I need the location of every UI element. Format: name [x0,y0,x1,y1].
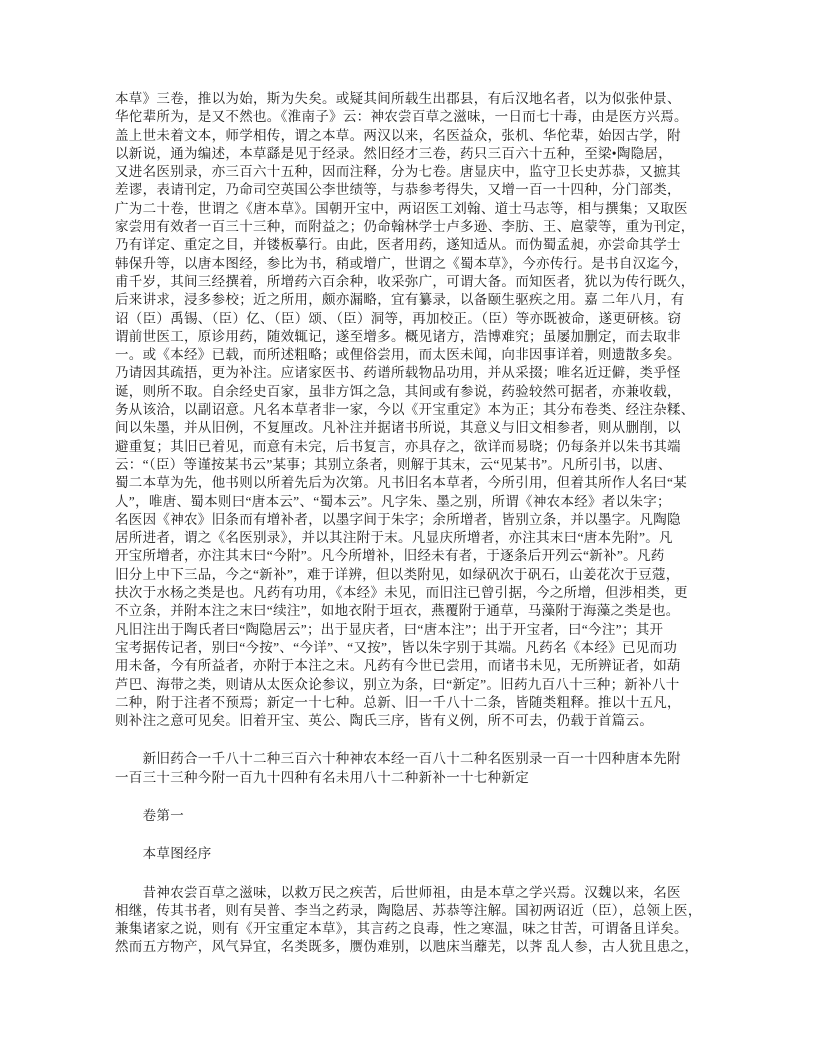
heading-volume-one: 卷第一 [115,807,716,825]
paragraph-drug-counts: 新旧药合一千八十二种三百六十种神农本经一百八十二种名医别录一百一十四种唐本先附 … [115,750,716,787]
heading-tujing-preface: 本草图经序 [115,845,716,863]
document-page: 本草》三卷，推以为始，斯为失矣。或疑其间所载生出郡县，有后汉地名者，以为似张仲景… [0,0,816,1056]
paragraph-buzhu-zongxu: 本草》三卷，推以为始，斯为失矣。或疑其间所载生出郡县，有后汉地名者，以为似张仲景… [115,90,716,730]
paragraph-tujing-preface: 昔神农尝百草之滋味，以救万民之疾苦，后世师祖，由是本草之学兴焉。汉魏以来，名医 … [115,884,716,957]
